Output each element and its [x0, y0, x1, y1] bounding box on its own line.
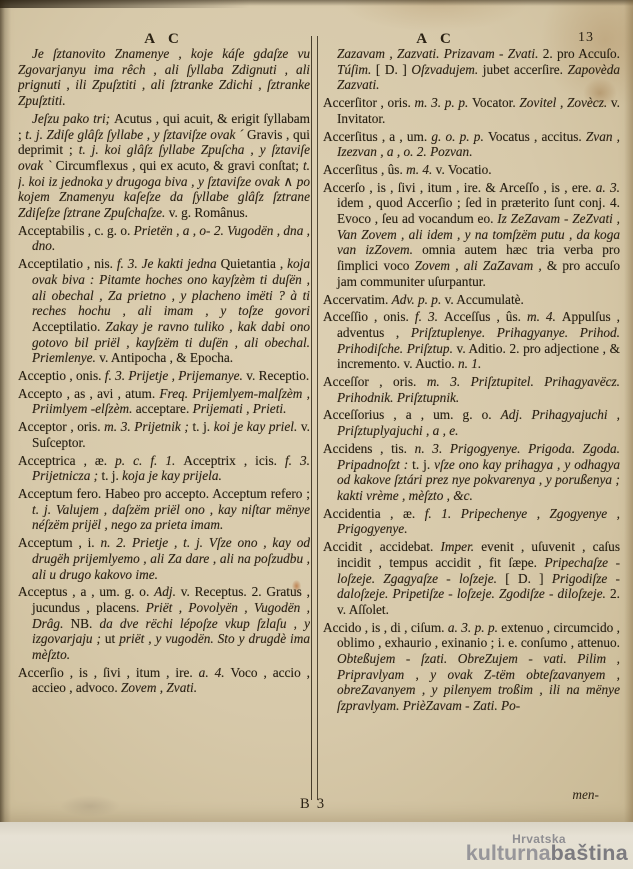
left-text-column: Je ſztanovito Znamenye , koje káſe gdaſz…	[18, 46, 310, 804]
text-segment: Acceptrix , icis.	[183, 453, 285, 468]
text-segment: Adv. p. p.	[392, 292, 445, 307]
dictionary-paragraph: Jeſzu pako tri; Acutus , qui acuit, & er…	[18, 111, 310, 221]
dictionary-paragraph: Zazavam , Zazvati. Prizavam - Zvati. 2. …	[323, 46, 620, 93]
text-segment: f. 3. Je kakti jedna	[117, 256, 221, 271]
text-segment: [ D. ]	[505, 571, 552, 586]
text-segment: t. j. Valujem , daſzëm priël ono , kay n…	[32, 502, 310, 533]
text-segment: Je ſztanovito Znamenye , koje káſe gdaſz…	[18, 46, 310, 108]
text-segment: t. j. Zdiſe glâſz ſyllabe , y ſztaviſze …	[25, 127, 247, 142]
text-segment: v. Receptio.	[246, 368, 309, 383]
text-segment: Accerſio , is , ſivi , itum , ire.	[18, 665, 199, 680]
text-segment: jubet accerſire.	[483, 62, 568, 77]
dictionary-paragraph: Acceſſor , oris. m. 3. Priſztupitel. Pri…	[323, 374, 620, 405]
text-segment: Acceptilatio , nis.	[18, 256, 117, 271]
text-segment: Accidens , tis.	[323, 441, 415, 456]
text-segment: t. j.	[192, 419, 213, 434]
text-segment: Acceptrica , æ.	[18, 453, 115, 468]
text-segment: Oſzvadujem.	[411, 62, 482, 77]
text-segment: Accidit , accidebat.	[323, 539, 441, 554]
dictionary-paragraph: Acceptus , a , um. g. o. Adj. v. Receptu…	[18, 584, 310, 663]
dictionary-paragraph: Accerſitus , ûs. m. 4. v. Vocatio.	[323, 162, 620, 178]
text-segment: m. 3. p. p.	[414, 95, 472, 110]
text-segment: Prijemati , Prieti.	[193, 401, 287, 416]
dictionary-paragraph: Accervatim. Adv. p. p. v. Accumulatè.	[323, 292, 620, 308]
text-segment: v. Vocatio.	[436, 162, 492, 177]
text-segment: t. j.	[101, 468, 122, 483]
text-segment: m. 4.	[406, 162, 436, 177]
dictionary-paragraph: Accerſitor , oris. m. 3. p. p. Vocator. …	[323, 95, 620, 126]
column-divider-rule	[311, 36, 318, 800]
text-segment: acceptare.	[136, 401, 193, 416]
page-edge-shadow-right	[624, 0, 633, 822]
text-segment: Accerſitus , a , um.	[323, 129, 431, 144]
dictionary-paragraph: Acceptrica , æ. p. c. f. 1. Acceptrix , …	[18, 453, 310, 484]
page-edge-shadow-left	[0, 0, 11, 822]
text-segment: v. g. Românus.	[169, 205, 248, 220]
text-segment: f. 3.	[415, 309, 444, 324]
text-segment: ut	[105, 631, 119, 646]
dictionary-paragraph: Acceptum , i. n. 2. Prietje , t. j. Vſze…	[18, 535, 310, 582]
text-segment: Acceptio , onis.	[18, 368, 105, 383]
text-segment: Acceptor , oris.	[18, 419, 104, 434]
text-segment: Acceptum fero. Habeo pro accepto. Accept…	[18, 486, 310, 501]
text-segment: Imper.	[441, 539, 482, 554]
text-segment: f. 3. Prijetje , Prijemanye.	[105, 368, 246, 383]
text-segment: Quietantia ,	[221, 256, 288, 271]
text-segment: v. Accumulatè.	[445, 292, 524, 307]
text-segment: Accidentia , æ.	[323, 506, 425, 521]
text-segment: n. 1.	[458, 356, 481, 371]
dictionary-paragraph: Acceſſorius , a , um. g. o. Adj. Prihagy…	[323, 407, 620, 438]
text-segment: m. 4.	[527, 309, 562, 324]
text-segment: m. 3. Prijetnik ;	[104, 419, 192, 434]
text-segment: Zazavam , Zazvati. Prizavam - Zvati.	[337, 46, 543, 61]
text-segment: Accido , is , di , ciſum.	[323, 620, 448, 635]
watermark-line2-part2: baština	[551, 841, 628, 865]
text-segment: koja je kay prijela.	[122, 468, 222, 483]
catchword: men-	[323, 787, 599, 803]
dictionary-paragraph: Accerſo , is , ſivi , itum , ire. & Arce…	[323, 180, 620, 290]
text-segment: Acceſſio , onis.	[323, 309, 415, 324]
text-segment: Acceptabilis , c. g. o.	[18, 223, 134, 238]
dictionary-paragraph: Accido , is , di , ciſum. a. 3. p. p. ex…	[323, 620, 620, 714]
dictionary-paragraph: Acceptum fero. Habeo pro accepto. Accept…	[18, 486, 310, 533]
text-segment: Accerſitor , oris.	[323, 95, 414, 110]
text-segment: [ D. ]	[376, 62, 411, 77]
dictionary-paragraph: Accidit , accidebat. Imper. evenit , uſu…	[323, 539, 620, 618]
text-segment: Zovem , Zvati.	[121, 680, 197, 695]
text-segment: Obteßujem - ſzati. ObreZujem - vati. Pil…	[337, 651, 620, 713]
page-edge-shadow-top-left	[0, 0, 250, 8]
text-segment: Accervatim.	[323, 292, 392, 307]
text-segment: g. o. p. p.	[431, 129, 488, 144]
text-segment: t. j.	[412, 457, 434, 472]
dictionary-paragraph: Acceptor , oris. m. 3. Prijetnik ; t. j.…	[18, 419, 310, 450]
text-segment: 2. pro Accuſo.	[543, 46, 620, 61]
text-segment: Zovem , ali ZaZavam ,	[415, 258, 547, 273]
text-segment: Accepto , as , avi , atum.	[18, 386, 159, 401]
text-segment: a. 4.	[199, 665, 231, 680]
dictionary-paragraph: Acceptilatio , nis. f. 3. Je kakti jedna…	[18, 256, 310, 366]
dictionary-paragraph: Acceſſio , onis. f. 3. Acceſſus , ûs. m.…	[323, 309, 620, 372]
heritage-watermark: Hrvatska kulturnabaština	[466, 833, 628, 865]
text-segment: Acceptum , i.	[18, 535, 100, 550]
text-segment: Acceſſorius , a , um. g. o.	[323, 407, 501, 422]
right-text-column: Zazavam , Zazvati. Prizavam - Zvati. 2. …	[323, 46, 620, 804]
text-segment: Vocatus , accitus.	[488, 129, 586, 144]
scanned-dictionary-page: A C A C 13 Je ſztanovito Znamenye , koje…	[0, 0, 633, 869]
text-segment: NB.	[71, 616, 100, 631]
text-segment: Acceptilatio.	[32, 319, 105, 334]
text-segment: koi je kay priel.	[214, 419, 301, 434]
page-number: 13	[578, 30, 594, 46]
text-segment: Accerſitus , ûs.	[323, 162, 406, 177]
dictionary-paragraph: Je ſztanovito Znamenye , koje káſe gdaſz…	[18, 46, 310, 109]
text-segment: Circumflexus , qui ex acuto, & gravi con…	[56, 158, 303, 173]
dictionary-paragraph: Accidentia , æ. f. 1. Pripechenye , Zgog…	[323, 506, 620, 537]
watermark-line2-part1: kulturna	[466, 841, 551, 865]
text-segment: Acceſſor , oris.	[323, 374, 427, 389]
dictionary-paragraph: Accerſio , is , ſivi , itum , ire. a. 4.…	[18, 665, 310, 696]
scanner-background-strip: Hrvatska kulturnabaština	[0, 822, 633, 869]
text-segment: a. 3. p. p.	[448, 620, 501, 635]
text-segment: Acceptus , a , um. g. o.	[18, 584, 154, 599]
text-segment: Acceſſus , ûs.	[444, 309, 527, 324]
dictionary-paragraph: Acceptabilis , c. g. o. Prietën , a , o-…	[18, 223, 310, 254]
text-segment: v. Antipocha , & Epocha.	[99, 350, 233, 365]
text-segment: p. c. f. 1.	[115, 453, 183, 468]
text-segment: Túſim.	[337, 62, 376, 77]
dictionary-paragraph: Accepto , as , avi , atum. Freq. Prijeml…	[18, 386, 310, 417]
dictionary-paragraph: Accidens , tis. n. 3. Prigogyenye. Prigo…	[323, 441, 620, 504]
text-segment: Vocator.	[472, 95, 519, 110]
text-segment: Jeſzu pako tri;	[32, 111, 114, 126]
text-segment: Adj.	[154, 584, 181, 599]
dictionary-paragraph: Accerſitus , a , um. g. o. p. p. Vocatus…	[323, 129, 620, 160]
text-segment: Zovitel , Zovècz.	[519, 95, 611, 110]
signature-mark: B 3	[300, 796, 324, 813]
text-segment: Accerſo , is , ſivi , itum , ire. & Arce…	[323, 180, 596, 195]
dictionary-paragraph: Acceptio , onis. f. 3. Prijetje , Prijem…	[18, 368, 310, 384]
watermark-line2: kulturnabaština	[466, 843, 628, 865]
text-segment: a. 3.	[596, 180, 620, 195]
